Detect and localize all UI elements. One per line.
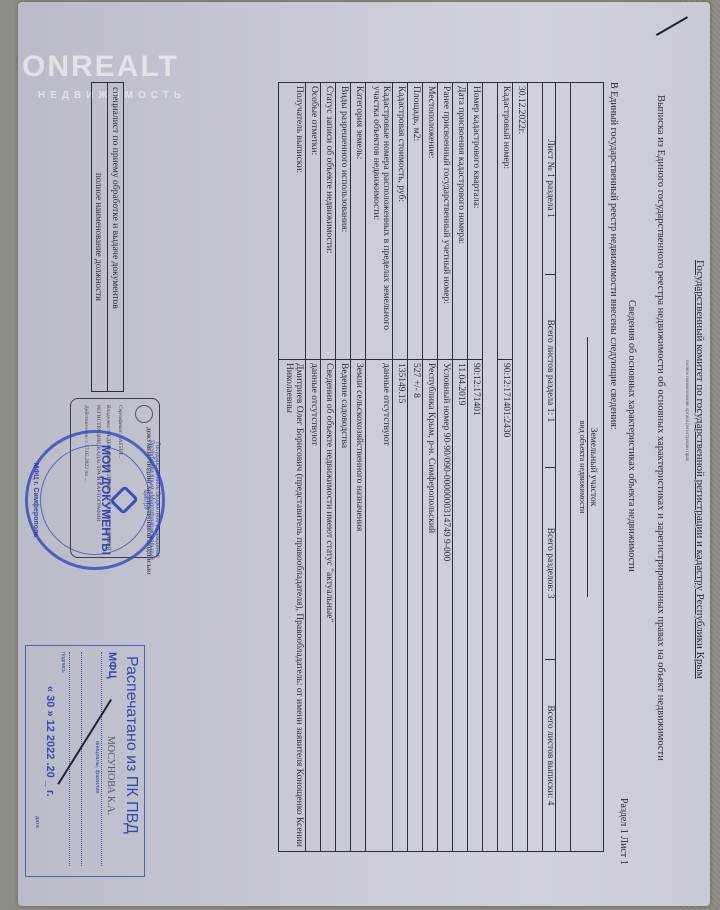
sheet-number: Лист № 1 раздела 1 bbox=[545, 83, 555, 274]
document-subtitle: Сведения об основных характеристиках объ… bbox=[626, 300, 637, 572]
object-type-cell: Земельный участок вид объекта недвижимос… bbox=[571, 83, 604, 852]
document-title: Выписка из Единого государственного реес… bbox=[655, 95, 666, 761]
watermark-brand: ONREALT bbox=[22, 50, 179, 84]
agency-name: Государственный комитет по государственн… bbox=[694, 260, 706, 679]
intro-text: В Единый государственный реестр недвижим… bbox=[608, 82, 619, 430]
table-row: Категория земель:Земли сельскохозяйствен… bbox=[351, 83, 366, 852]
seal-ring-text: Государственное бюджетное учреждение Рес… bbox=[142, 433, 160, 567]
table-row: Ранее присвоенный государственный учетны… bbox=[438, 83, 453, 852]
section-reference: Раздел 1 Лист 1 bbox=[618, 798, 629, 865]
specialist-position: специалист по приему обработке и выдаче … bbox=[108, 83, 124, 392]
table-row: Получатель выписки:Дмитриев Олег Борисов… bbox=[279, 83, 306, 852]
table-row: Номер кадастрового квартала:90:12:171401 bbox=[468, 83, 483, 852]
sheet-info-row: Лист № 1 раздела 1 Всего листов раздела … bbox=[543, 83, 556, 852]
sheets-in-section: Всего листов раздела 1: 1 bbox=[545, 274, 555, 466]
object-type-caption: вид объекта недвижимости bbox=[578, 86, 587, 848]
table-row: Особые отметки:данные отсутствуют bbox=[306, 83, 321, 852]
object-type: Земельный участок bbox=[587, 337, 602, 597]
seal-bottom-text: МФЦ г. Симферополь bbox=[32, 433, 39, 567]
coat-of-arms-icon bbox=[135, 405, 153, 423]
print-stamp-date-caption: дата bbox=[34, 816, 40, 828]
printed-from-stamp: Распечатано из ПК ПВД МФЦ МОСУНОВА К.А. … bbox=[25, 645, 145, 877]
table-row: Местоположение:Республика Крым, р-н. Сим… bbox=[423, 83, 438, 852]
document-sheet: ONREALT НЕДВИЖИМОСТЬ Государственный ком… bbox=[0, 0, 720, 910]
print-stamp-date: « 30 » 12 2022 .20 _ г. bbox=[44, 686, 56, 797]
table-row: Дата присвоения кадастрового номера:11.0… bbox=[453, 83, 468, 852]
pen-corner-mark bbox=[656, 16, 688, 36]
issue-date: 30.12.2022г. bbox=[513, 83, 528, 852]
sheets-total: Всего листов выписки: 4 bbox=[545, 659, 555, 851]
table-row: Кадастровая стоимость, руб:135149.15 bbox=[393, 83, 408, 852]
mfc-seal: Государственное бюджетное учреждение Рес… bbox=[25, 430, 165, 570]
table-row: Виды разрешенного использования:Ведение … bbox=[336, 83, 351, 852]
table-row: Площадь, м2:527 +/- 8 bbox=[408, 83, 423, 852]
print-stamp-org: МФЦ bbox=[106, 652, 118, 679]
specialist-table: специалист по приему обработке и выдаче … bbox=[91, 82, 124, 392]
table-row: Статус записи об объекте недвижимости:Св… bbox=[321, 83, 336, 852]
watermark: ONREALT НЕДВИЖИМОСТЬ bbox=[0, 0, 160, 150]
table-row: Кадастровые номера расположенных в преде… bbox=[366, 83, 393, 852]
print-stamp-initials-caption: инициалы, фамилия bbox=[94, 741, 100, 793]
print-stamp-signature-caption: подпись bbox=[60, 652, 66, 673]
sections-total: Всего разделов: 3 bbox=[545, 467, 555, 659]
property-info-table: Земельный участок вид объекта недвижимос… bbox=[278, 82, 604, 852]
table-row: Кадастровый номер:90:12:171401:2430 bbox=[498, 83, 513, 852]
print-stamp-title: Распечатано из ПК ПВД bbox=[122, 656, 140, 834]
specialist-position-caption: полное наименование должности bbox=[92, 83, 108, 392]
print-stamp-name: МОСУНОВА К.А. bbox=[105, 736, 116, 815]
agency-caption: полное наименование органа регистрации п… bbox=[684, 360, 689, 461]
seal-logo-text: МОИ ДОКУМЕНТЫ bbox=[99, 433, 112, 567]
